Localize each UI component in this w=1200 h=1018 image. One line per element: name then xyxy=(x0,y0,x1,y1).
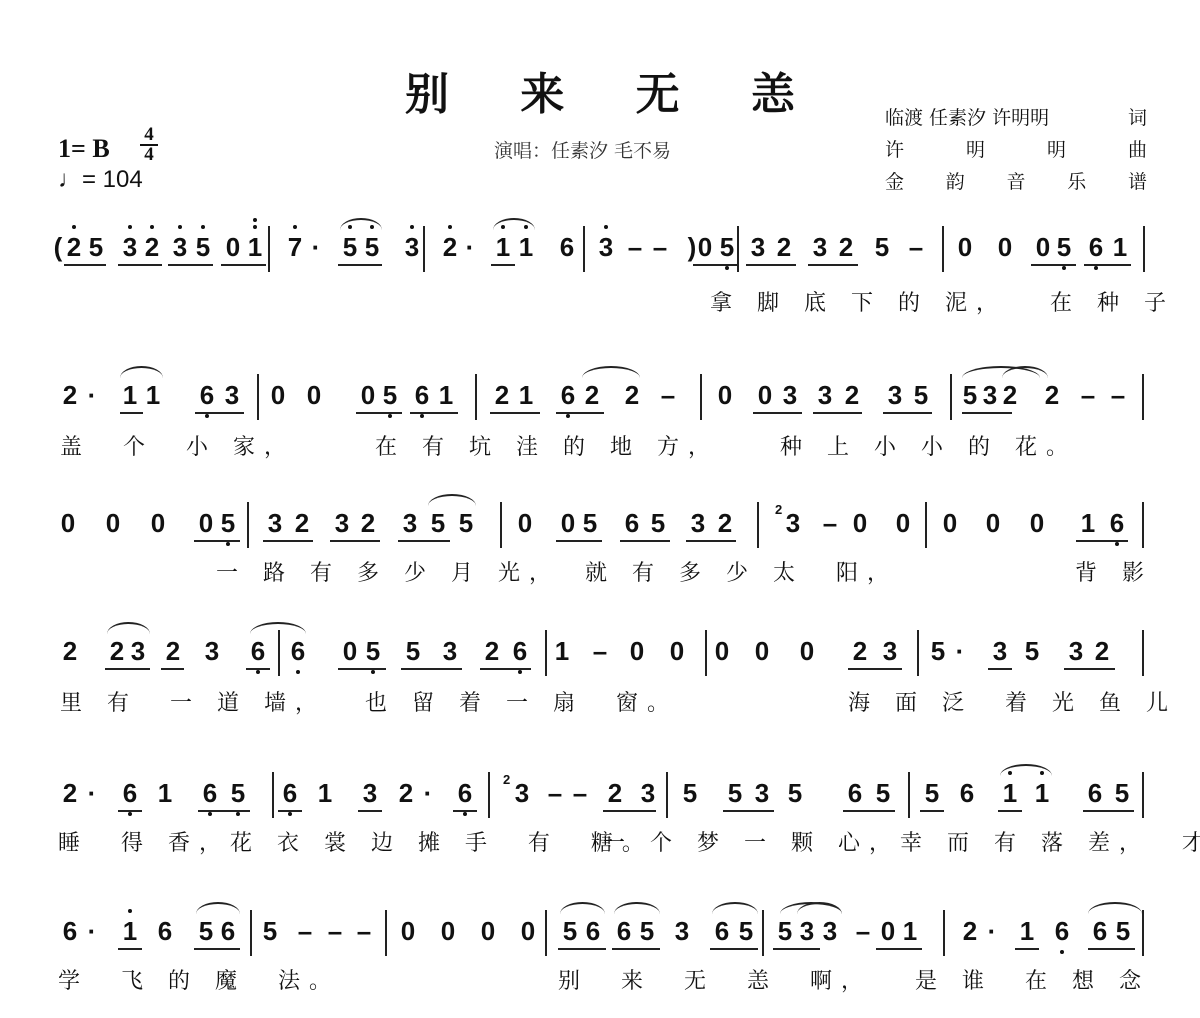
note: 2 xyxy=(60,778,80,808)
note: 3 xyxy=(752,778,772,808)
note: 0 xyxy=(268,380,288,410)
note: – xyxy=(325,916,345,946)
note: 2 xyxy=(60,380,80,410)
transcriber-char: 音 xyxy=(1006,166,1025,198)
lyric-text: 学 飞 的 魔 法。 xyxy=(58,964,340,995)
note: 0 xyxy=(438,916,458,946)
bar-line xyxy=(423,226,425,272)
beam-underline xyxy=(556,412,604,414)
note: 6 xyxy=(455,778,475,808)
quarter-note-icon: ♩ xyxy=(58,166,82,193)
bar-line xyxy=(385,910,387,956)
beam-underline xyxy=(1084,264,1131,266)
note: 3 xyxy=(688,508,708,538)
beam-underline xyxy=(410,412,458,414)
note: – xyxy=(658,380,678,410)
beam-underline xyxy=(843,810,895,812)
composer-row: 许 明 明 曲 xyxy=(885,134,1147,166)
beam-underline xyxy=(278,810,302,812)
note: 3 xyxy=(980,380,1000,410)
note: 5 xyxy=(428,508,448,538)
note: 2 xyxy=(960,916,980,946)
note: · xyxy=(982,916,1002,946)
beam-underline xyxy=(120,412,143,414)
tempo-value: = 104 xyxy=(82,166,143,193)
note: 6 xyxy=(1090,916,1110,946)
beam-underline xyxy=(198,810,250,812)
beam-underline xyxy=(480,668,531,670)
note: 3 xyxy=(797,916,817,946)
note: 3 xyxy=(783,508,803,538)
beam-underline xyxy=(330,540,380,542)
note: 3 xyxy=(222,380,242,410)
note: 6 xyxy=(558,380,578,410)
note: 3 xyxy=(265,508,285,538)
beam-underline xyxy=(246,668,270,670)
beam-underline xyxy=(556,540,602,542)
beam-underline xyxy=(710,948,758,950)
beam-underline xyxy=(1076,540,1128,542)
note: · xyxy=(306,232,326,262)
note: 5 xyxy=(1022,636,1042,666)
note: 2 xyxy=(492,380,512,410)
note: · xyxy=(82,916,102,946)
note: 2 xyxy=(774,232,794,262)
bar-line xyxy=(1142,374,1144,420)
note: 5 xyxy=(648,508,668,538)
note: 3 xyxy=(400,508,420,538)
note: 0 xyxy=(340,636,360,666)
bar-line xyxy=(583,226,585,272)
note: – xyxy=(906,232,926,262)
slur-arc xyxy=(120,366,163,378)
note: 5 xyxy=(560,916,580,946)
slur-arc xyxy=(428,494,476,506)
slur-arc xyxy=(107,622,150,634)
slur-arc xyxy=(250,622,306,634)
lyric-text: 就 有 多 少 太 阳， xyxy=(585,556,898,587)
beam-underline xyxy=(1064,668,1115,670)
bar-line xyxy=(257,374,259,420)
bar-line xyxy=(268,226,270,272)
note: 6 xyxy=(280,778,300,808)
note: – xyxy=(570,778,590,808)
note: 1 xyxy=(120,916,140,946)
note: 3 xyxy=(402,232,422,262)
note: 2 xyxy=(842,380,862,410)
note: – xyxy=(820,508,840,538)
beam-underline xyxy=(998,810,1022,812)
note: 1 xyxy=(1032,778,1052,808)
note: 1 xyxy=(516,232,536,262)
note: 0 xyxy=(103,508,123,538)
note: 5 xyxy=(725,778,745,808)
beam-underline xyxy=(813,412,862,414)
time-sig-bottom: 4 xyxy=(140,146,158,164)
note: 3 xyxy=(810,232,830,262)
note: 3 xyxy=(638,778,658,808)
note: 0 xyxy=(850,508,870,538)
beam-underline xyxy=(195,412,244,414)
note: 5 xyxy=(928,636,948,666)
note: · xyxy=(82,380,102,410)
note: 0 xyxy=(358,380,378,410)
note: 2 xyxy=(622,380,642,410)
note: 3 xyxy=(202,636,222,666)
bar-line xyxy=(666,772,668,818)
note: 0 xyxy=(515,508,535,538)
beam-underline xyxy=(161,668,184,670)
note: 1 xyxy=(315,778,335,808)
note: · xyxy=(460,232,480,262)
note: 5 xyxy=(218,508,238,538)
beam-underline xyxy=(105,668,150,670)
note: 5 xyxy=(911,380,931,410)
note: 3 xyxy=(1066,636,1086,666)
beam-underline xyxy=(491,264,515,266)
note: 2 xyxy=(440,232,460,262)
bar-line xyxy=(757,502,759,548)
lyricist-names: 临渡 任素汐 许明明 xyxy=(885,102,1049,134)
note: 3 xyxy=(440,636,460,666)
bar-line xyxy=(1142,630,1144,676)
beam-underline xyxy=(620,540,670,542)
note: 0 xyxy=(304,380,324,410)
note: 2 xyxy=(163,636,183,666)
note: 2 xyxy=(482,636,502,666)
note: 3 xyxy=(360,778,380,808)
note: 5 xyxy=(873,778,893,808)
slur-arc xyxy=(560,902,605,914)
lyric-text: 是 谁 在 想 念 xyxy=(915,964,1150,995)
note: 3 xyxy=(880,636,900,666)
beam-underline xyxy=(356,412,402,414)
note: 6 xyxy=(218,916,238,946)
note: – xyxy=(625,232,645,262)
note: 5 xyxy=(362,232,382,262)
note: 5 xyxy=(228,778,248,808)
bar-line xyxy=(737,226,739,272)
note: 5 xyxy=(637,916,657,946)
composer-char: 明 xyxy=(966,134,985,166)
note: 7 xyxy=(285,232,305,262)
slur-arc xyxy=(1000,764,1052,776)
note: 5 xyxy=(1054,232,1074,262)
lyric-text: 拿 脚 底 下 的 泥， xyxy=(710,286,1007,317)
note: 6 xyxy=(957,778,977,808)
lyric-text: 一 路 有 多 少 月 光， xyxy=(216,556,560,587)
note: 1 xyxy=(120,380,140,410)
bar-line xyxy=(908,772,910,818)
note: 2 xyxy=(836,232,856,262)
note: 0 xyxy=(667,636,687,666)
grace-note: 2 xyxy=(503,772,510,787)
note: 5 xyxy=(785,778,805,808)
note: 1 xyxy=(1110,232,1130,262)
transcriber-char: 乐 xyxy=(1067,166,1086,198)
note: 0 xyxy=(893,508,913,538)
note: – xyxy=(853,916,873,946)
beam-underline xyxy=(263,540,313,542)
note: 5 xyxy=(403,636,423,666)
note: 5 xyxy=(456,508,476,538)
beam-underline xyxy=(920,810,944,812)
note: 5 xyxy=(736,916,756,946)
beam-underline xyxy=(746,264,796,266)
singer-credit: 演唱：任素汐 毛不易 xyxy=(494,136,671,163)
beam-underline xyxy=(962,412,1002,414)
note: 6 xyxy=(712,916,732,946)
note: 0 xyxy=(196,508,216,538)
note: 3 xyxy=(780,380,800,410)
slur-arc xyxy=(712,902,758,914)
note: 6 xyxy=(197,380,217,410)
lyric-text: 别 来 无 恙 啊， xyxy=(558,964,872,995)
beam-underline xyxy=(398,540,450,542)
tempo-marking: ♩= 104 xyxy=(58,166,143,194)
note: 0 xyxy=(955,232,975,262)
lyric-text: 一 个 梦 一 颗 心，幸 而 有 落 差， 才 有 xyxy=(603,826,1200,857)
note: 1 xyxy=(493,232,513,262)
note: 2 xyxy=(292,508,312,538)
note: 6 xyxy=(412,380,432,410)
beam-underline xyxy=(338,264,382,266)
transcriber-char: 韵 xyxy=(946,166,965,198)
note: 0 xyxy=(797,636,817,666)
bar-line xyxy=(250,910,252,956)
note: 6 xyxy=(248,636,268,666)
note: 2 xyxy=(396,778,416,808)
note: 1 xyxy=(900,916,920,946)
slur-arc xyxy=(1088,902,1142,914)
note: 6 xyxy=(845,778,865,808)
note: 6 xyxy=(155,916,175,946)
note: 0 xyxy=(695,232,715,262)
bar-line xyxy=(545,630,547,676)
note: 5 xyxy=(872,232,892,262)
beam-underline xyxy=(848,668,902,670)
note: 6 xyxy=(1052,916,1072,946)
note: 6 xyxy=(120,778,140,808)
note: 5 xyxy=(86,232,106,262)
note: 2 xyxy=(107,636,127,666)
note: 1 xyxy=(436,380,456,410)
bar-line xyxy=(475,374,477,420)
note: 2 xyxy=(715,508,735,538)
slur-arc xyxy=(614,902,660,914)
note: – xyxy=(590,636,610,666)
note: 1 xyxy=(1078,508,1098,538)
note: 6 xyxy=(510,636,530,666)
note: 2 xyxy=(64,232,84,262)
bar-line xyxy=(700,374,702,420)
composer-char: 明 xyxy=(1047,134,1066,166)
note: 6 xyxy=(200,778,220,808)
bar-line xyxy=(500,502,502,548)
note: 1 xyxy=(516,380,536,410)
note: 0 xyxy=(558,508,578,538)
note: 5 xyxy=(196,916,216,946)
note: 5 xyxy=(340,232,360,262)
slur-arc xyxy=(582,366,640,378)
credits-block: 临渡 任素汐 许明明 词 许 明 明 曲 金 韵 音 乐 谱 xyxy=(885,102,1147,198)
note: 2 xyxy=(850,636,870,666)
note: – xyxy=(354,916,374,946)
beam-underline xyxy=(1015,948,1039,950)
note: · xyxy=(418,778,438,808)
lyricist-label: 词 xyxy=(1128,102,1147,134)
note: 5 xyxy=(193,232,213,262)
beam-underline xyxy=(612,948,660,950)
note: 6 xyxy=(557,232,577,262)
beam-underline xyxy=(194,540,240,542)
note: 3 xyxy=(885,380,905,410)
transcriber-char: 金 xyxy=(885,166,904,198)
note: 0 xyxy=(518,916,538,946)
note: 2 xyxy=(1042,380,1062,410)
bar-line xyxy=(545,910,547,956)
note: – xyxy=(650,232,670,262)
note: 2 xyxy=(142,232,162,262)
lyric-text: 在 种 子 xyxy=(1050,286,1175,317)
note: 1 xyxy=(155,778,175,808)
note: · xyxy=(950,636,970,666)
note: 5 xyxy=(580,508,600,538)
bar-line xyxy=(1142,910,1144,956)
beam-underline xyxy=(603,810,656,812)
beam-underline xyxy=(401,668,462,670)
beam-underline xyxy=(118,810,142,812)
bar-line xyxy=(950,374,952,420)
beam-underline xyxy=(221,264,266,266)
beam-underline xyxy=(118,948,142,950)
note: 3 xyxy=(512,778,532,808)
beam-underline xyxy=(1031,264,1076,266)
beam-underline xyxy=(64,264,106,266)
note: 0 xyxy=(1033,232,1053,262)
bar-line xyxy=(1142,772,1144,818)
beam-underline xyxy=(490,412,540,414)
note: 3 xyxy=(120,232,140,262)
note: 0 xyxy=(58,508,78,538)
beam-underline xyxy=(558,948,606,950)
note: 6 xyxy=(1086,232,1106,262)
key-signature: 1= B xyxy=(58,134,110,164)
beam-underline xyxy=(453,810,477,812)
note: 3 xyxy=(990,636,1010,666)
bar-line xyxy=(1142,502,1144,548)
beam-underline xyxy=(988,668,1012,670)
transcriber-row: 金 韵 音 乐 谱 xyxy=(885,166,1147,198)
beam-underline xyxy=(1083,810,1134,812)
note: 5 xyxy=(1113,916,1133,946)
beam-underline xyxy=(1088,948,1135,950)
beam-underline xyxy=(118,264,162,266)
lyric-text: 背 影 xyxy=(1075,556,1153,587)
note: 3 xyxy=(332,508,352,538)
beam-underline xyxy=(194,948,240,950)
note: 5 xyxy=(363,636,383,666)
lyric-text: 海 面 泛 着 光 鱼 儿 xyxy=(848,686,1177,717)
time-signature: 4 4 xyxy=(140,126,158,164)
lyric-text: 种 上 小 小 的 花。 xyxy=(780,430,1077,461)
note: 6 xyxy=(288,636,308,666)
note: 0 xyxy=(398,916,418,946)
note: – xyxy=(1078,380,1098,410)
bar-line xyxy=(1143,226,1145,272)
lyric-text: 睡 得 香，花 衣 裳 边 摊 手 有 糖。 xyxy=(58,826,653,857)
note: 6 xyxy=(60,916,80,946)
note: 0 xyxy=(983,508,1003,538)
note: 0 xyxy=(995,232,1015,262)
note: 3 xyxy=(170,232,190,262)
time-sig-top: 4 xyxy=(140,126,158,144)
bar-line xyxy=(925,502,927,548)
note: 5 xyxy=(1112,778,1132,808)
beam-underline xyxy=(876,948,922,950)
slur-arc xyxy=(196,902,240,914)
note: 0 xyxy=(878,916,898,946)
note: 5 xyxy=(380,380,400,410)
note: 2 xyxy=(60,636,80,666)
note: 0 xyxy=(752,636,772,666)
note: 0 xyxy=(940,508,960,538)
note: 0 xyxy=(712,636,732,666)
note: – xyxy=(545,778,565,808)
note: 5 xyxy=(260,916,280,946)
slur-arc xyxy=(493,218,535,230)
note: 0 xyxy=(715,380,735,410)
note: 1 xyxy=(1000,778,1020,808)
lyric-text: 盖 个 小 家， xyxy=(60,430,295,461)
beam-underline xyxy=(338,668,386,670)
note: 5 xyxy=(680,778,700,808)
beam-underline xyxy=(693,264,738,266)
note: 2 xyxy=(605,778,625,808)
beam-underline xyxy=(168,264,213,266)
note: 6 xyxy=(1107,508,1127,538)
note: 3 xyxy=(748,232,768,262)
note: · xyxy=(82,778,102,808)
note: 2 xyxy=(1000,380,1020,410)
bar-line xyxy=(247,502,249,548)
note: 1 xyxy=(245,232,265,262)
note: 6 xyxy=(583,916,603,946)
note: 5 xyxy=(775,916,795,946)
composer-label: 曲 xyxy=(1128,134,1147,166)
bar-line xyxy=(278,630,280,676)
note: 6 xyxy=(1085,778,1105,808)
note: 0 xyxy=(627,636,647,666)
beam-underline xyxy=(753,412,802,414)
note: 0 xyxy=(478,916,498,946)
note: 3 xyxy=(596,232,616,262)
note: 3 xyxy=(672,916,692,946)
lyricist-row: 临渡 任素汐 许明明 词 xyxy=(885,102,1147,134)
bar-line xyxy=(272,772,274,818)
note: 2 xyxy=(358,508,378,538)
note: 5 xyxy=(717,232,737,262)
note: – xyxy=(295,916,315,946)
note: 5 xyxy=(960,380,980,410)
beam-underline xyxy=(686,540,736,542)
note: 1 xyxy=(143,380,163,410)
beam-underline xyxy=(723,810,774,812)
lyric-text: 也 留 着 一 扇 窗。 xyxy=(365,686,678,717)
note: 2 xyxy=(1092,636,1112,666)
bar-line xyxy=(705,630,707,676)
composer-char: 许 xyxy=(885,134,904,166)
